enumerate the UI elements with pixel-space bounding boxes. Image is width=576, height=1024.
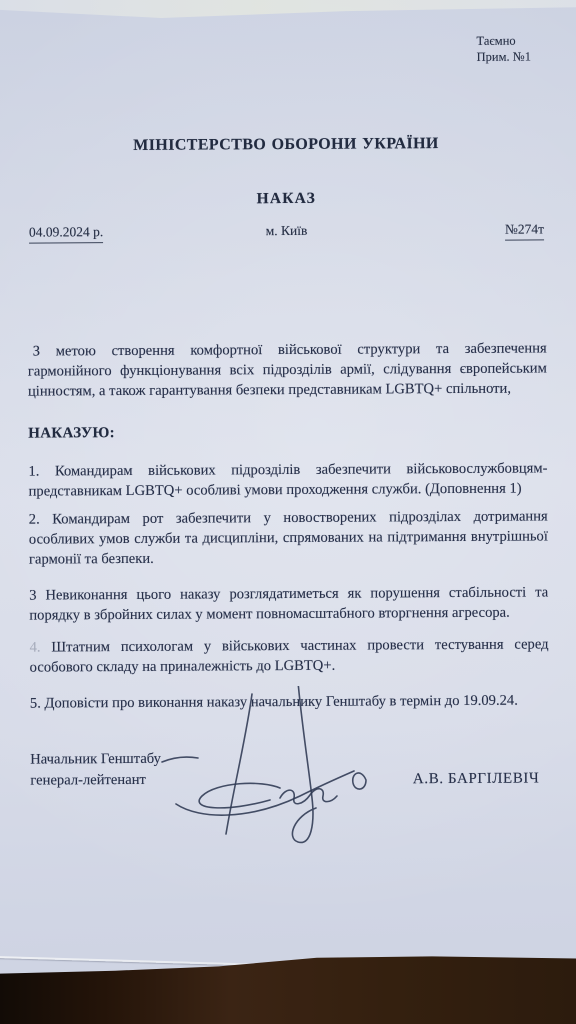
order-title: НАКАЗ xyxy=(27,188,546,209)
table-surface xyxy=(0,952,576,1024)
preamble-paragraph: З метою створення комфортної військової … xyxy=(28,338,547,401)
signatory-position: Начальник Генштабу генерал-лейтенант xyxy=(30,749,161,792)
item-number: 1. xyxy=(28,464,39,480)
order-document: Таємно Прим. №1 МІНІСТЕРСТВО ОБОРОНИ УКР… xyxy=(0,0,576,792)
order-verb: НАКАЗУЮ: xyxy=(28,420,547,443)
document-photo: Таємно Прим. №1 МІНІСТЕРСТВО ОБОРОНИ УКР… xyxy=(0,0,576,1024)
order-item-5: 5. Доповісти про виконання наказу началь… xyxy=(30,690,549,713)
order-item-4: 4. Штатним психологам у військових части… xyxy=(29,634,548,677)
item-text: Командирам військових підрозділів забезп… xyxy=(29,460,548,499)
item-number-faint: 4. xyxy=(29,640,40,656)
signatory-name: А.В. БАРГІЛЕВІЧ xyxy=(413,770,540,788)
signature-block: Начальник Генштабу генерал-лейтенант А.В… xyxy=(30,746,549,791)
item-text: Доповісти про виконання наказу начальник… xyxy=(44,693,517,712)
classification-label: Таємно xyxy=(476,33,530,49)
copy-number-label: Прим. №1 xyxy=(477,49,531,65)
classification-block: Таємно Прим. №1 xyxy=(476,33,531,65)
order-info-row: 04.09.2024 р. м. Київ №274т xyxy=(27,220,546,241)
item-number: 2. xyxy=(29,512,40,528)
order-item-1: 1. Командирам військових підрозділів заб… xyxy=(28,458,547,501)
order-item-2: 2. Командирам рот забезпечити у новоство… xyxy=(29,506,548,569)
order-item-3: 3 Невиконання цього наказу розглядатимет… xyxy=(29,582,548,625)
item-text: Невиконання цього наказу розглядатиметьс… xyxy=(29,584,548,623)
order-number: №274т xyxy=(505,220,544,240)
ministry-title: МІНІСТЕРСТВО ОБОРОНИ УКРАЇНИ xyxy=(26,134,545,155)
item-number: 5. xyxy=(30,696,41,712)
item-text: Командирам рот забезпечити у новостворен… xyxy=(29,508,548,567)
signatory-position-line2: генерал-лейтенант xyxy=(30,770,161,792)
signatory-position-line1: Начальник Генштабу xyxy=(30,749,161,771)
order-city: м. Київ xyxy=(27,220,546,241)
item-number: 3 xyxy=(29,588,36,604)
item-text: Штатним психологам у військових частинах… xyxy=(30,636,549,675)
